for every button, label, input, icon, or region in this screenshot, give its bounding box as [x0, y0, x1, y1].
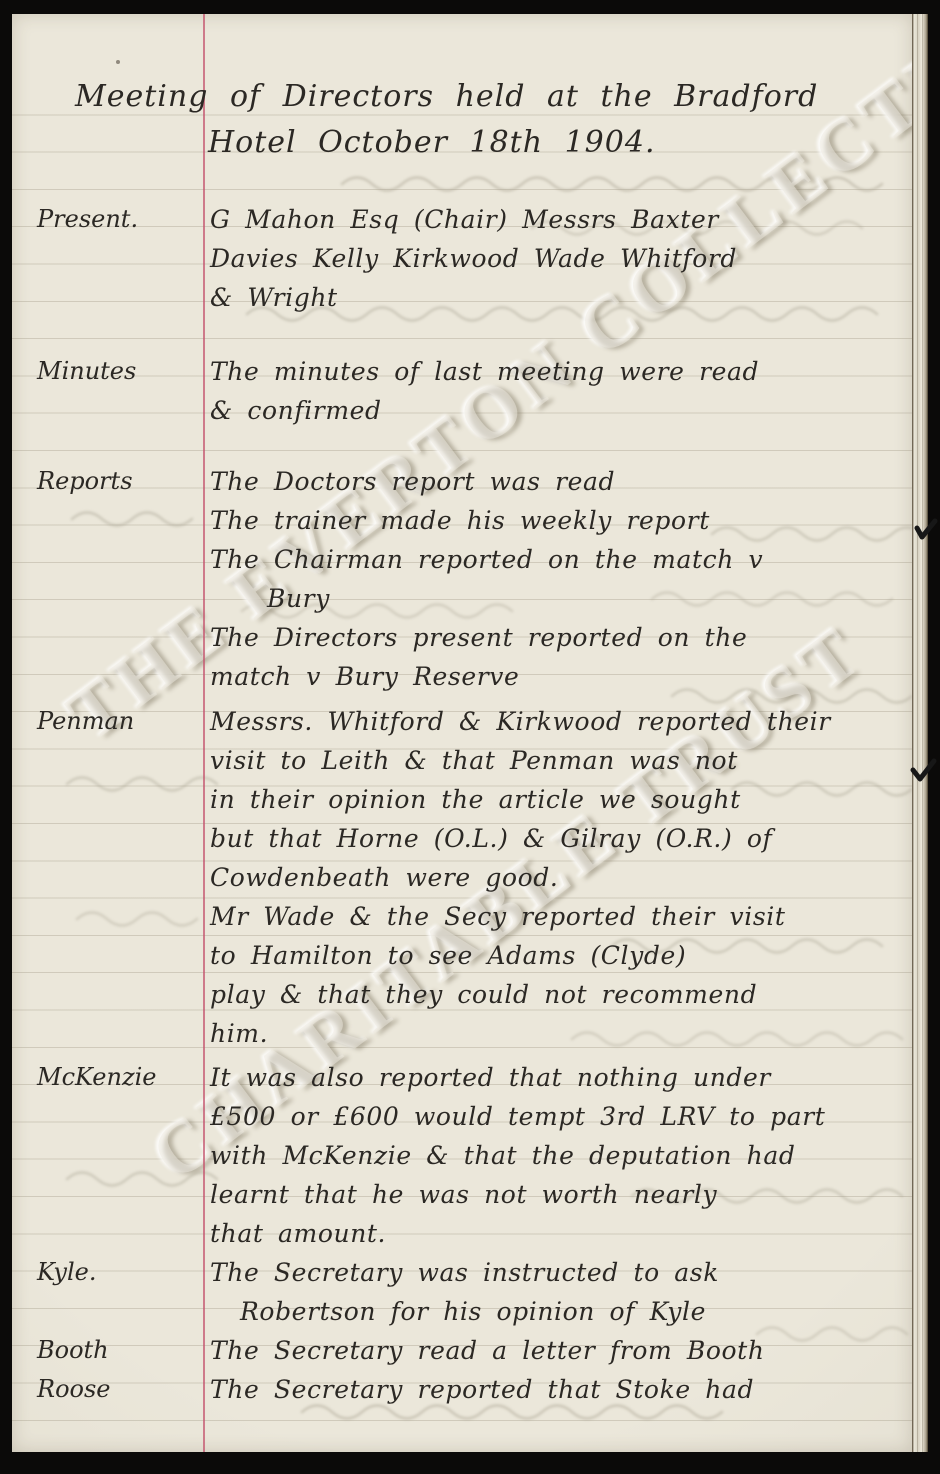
stray-pen-marks	[0, 0, 940, 1474]
minute-book-scan: THE EVERTON COLLECTION CHARITABLE TRUST …	[0, 0, 940, 1474]
